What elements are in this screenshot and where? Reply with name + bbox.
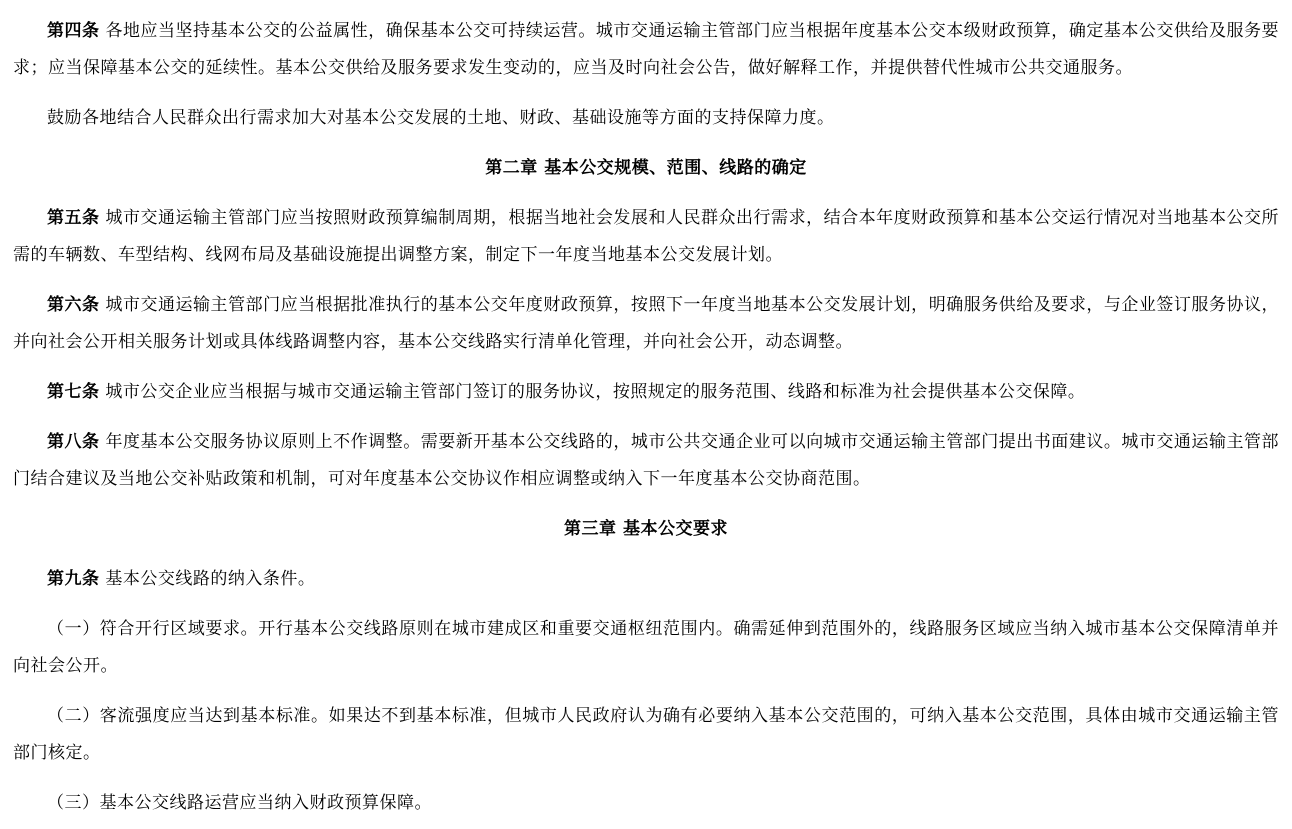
paragraph: （二）客流强度应当达到基本标准。如果达不到基本标准，但城市人民政府认为确有必要纳… [13,698,1279,772]
article-paragraph: 第七条 城市公交企业应当根据与城市交通运输主管部门签订的服务协议，按照规定的服务… [13,374,1279,411]
chapter-heading: 第二章 基本公交规模、范围、线路的确定 [13,150,1279,187]
article-number: 第五条 [47,208,100,228]
paragraph: 鼓励各地结合人民群众出行需求加大对基本公交发展的土地、财政、基础设施等方面的支持… [13,100,1279,137]
paragraph: （三）基本公交线路运营应当纳入财政预算保障。 [13,785,1279,822]
article-paragraph: 第五条 城市交通运输主管部门应当按照财政预算编制周期，根据当地社会发展和人民群众… [13,200,1279,274]
document-body: 第四条 各地应当坚持基本公交的公益属性，确保基本公交可持续运营。城市交通运输主管… [0,13,1292,822]
article-number: 第六条 [47,295,100,315]
article-paragraph: 第四条 各地应当坚持基本公交的公益属性，确保基本公交可持续运营。城市交通运输主管… [13,13,1279,87]
paragraph: （一）符合开行区域要求。开行基本公交线路原则在城市建成区和重要交通枢纽范围内。确… [13,611,1279,685]
article-number: 第四条 [47,21,100,41]
article-number: 第八条 [47,432,100,452]
article-paragraph: 第六条 城市交通运输主管部门应当根据批准执行的基本公交年度财政预算，按照下一年度… [13,287,1279,361]
article-paragraph: 第八条 年度基本公交服务协议原则上不作调整。需要新开基本公交线路的，城市公共交通… [13,424,1279,498]
chapter-heading: 第三章 基本公交要求 [13,511,1279,548]
article-number: 第七条 [47,382,100,402]
article-number: 第九条 [47,569,100,589]
article-paragraph: 第九条 基本公交线路的纳入条件。 [13,561,1279,598]
